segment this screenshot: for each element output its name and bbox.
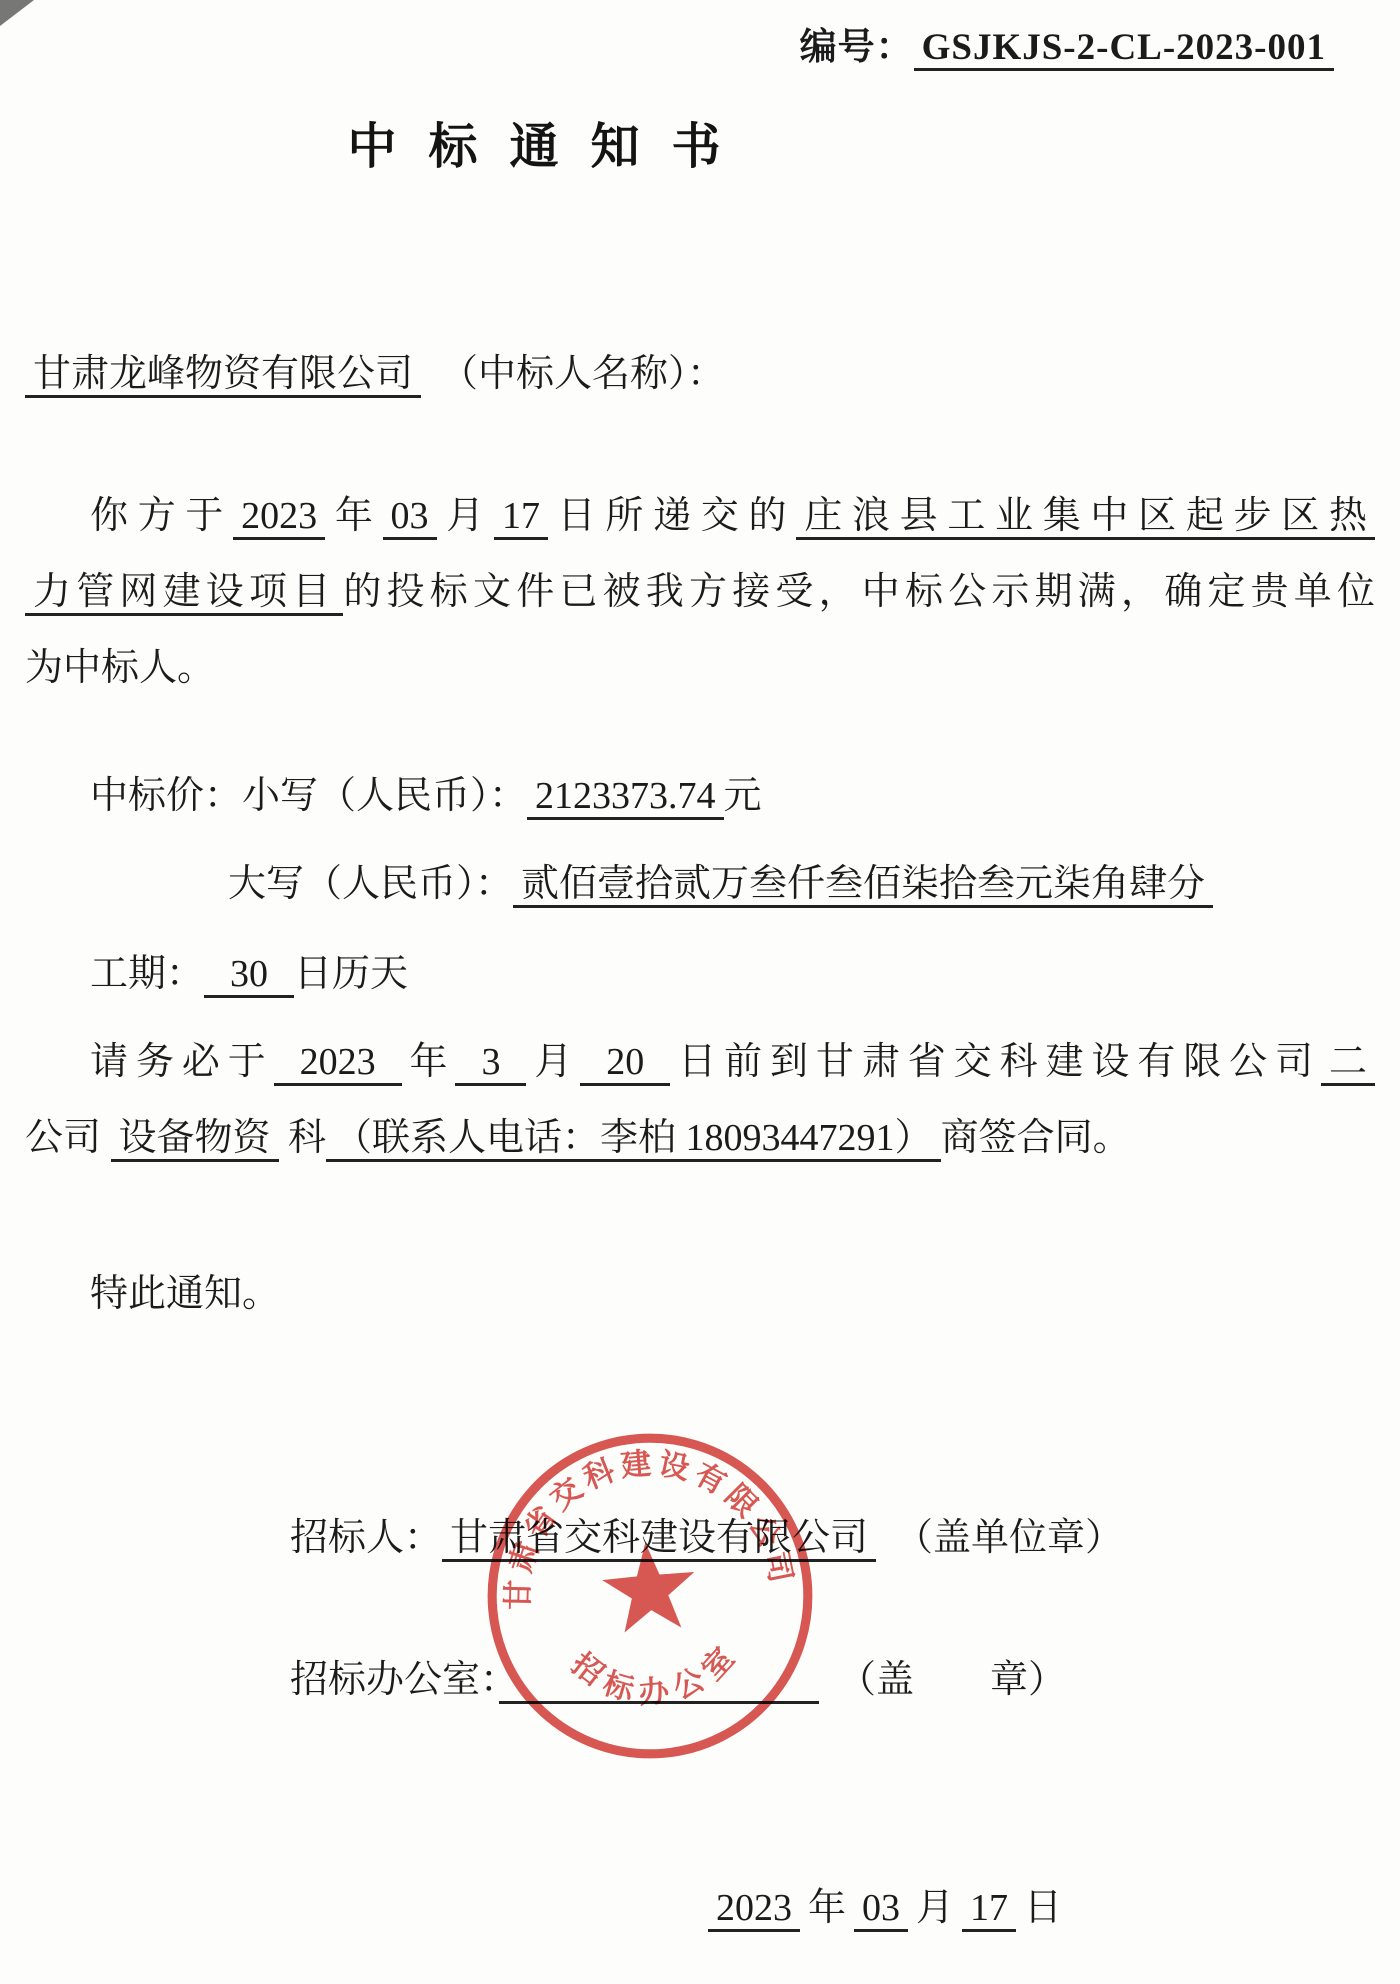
date-line: 2023年03月17日 <box>700 1876 1062 1931</box>
text-segment: 年 <box>325 495 382 537</box>
doc-number-label: 编号： <box>800 27 914 68</box>
filled-blank: 2123373.74 <box>527 775 724 820</box>
text-segment: 商签合同。 <box>941 1117 1131 1159</box>
filled-blank: 3 <box>455 1041 526 1086</box>
text-segment: （盖单位章） <box>876 1517 1123 1559</box>
text-segment: 请务必于 <box>90 1041 274 1083</box>
filled-blank: 二 <box>1321 1041 1375 1086</box>
stamp-office-text: 招标办公室 <box>563 1633 751 1717</box>
text-segment: 日前到甘肃省交科建设有限公司 <box>670 1041 1321 1083</box>
text-segment: 日历天 <box>294 953 408 995</box>
filled-blank: 贰佰壹拾贰万叁仟叁佰柒拾叁元柒角肆分 <box>513 863 1213 908</box>
text-segment: 元 <box>724 775 762 817</box>
text-segment: 特此通知。 <box>90 1273 280 1315</box>
text-segment: （盖 章） <box>819 1659 1066 1701</box>
filled-blank: 17 <box>962 1887 1016 1932</box>
official-stamp: 甘肃省交科建设有限公司 招标办公室 <box>464 1410 837 1783</box>
filled-blank: 20 <box>580 1041 670 1086</box>
filled-blank: 2023 <box>274 1041 402 1086</box>
filled-blank: 设备物资 <box>111 1117 279 1162</box>
text-segment: 月 <box>526 1041 580 1083</box>
text-segment: 工期： <box>90 953 204 995</box>
award-notice-document: 编号：GSJKJS-2-CL-2023-001 中标通知书 甘肃龙峰物资有限公司… <box>0 0 1400 1984</box>
doc-number-value: GSJKJS-2-CL-2023-001 <box>914 27 1334 71</box>
filled-blank: （联系人电话：李柏 18093447291） <box>326 1117 941 1162</box>
filled-blank: 17 <box>494 495 548 540</box>
filled-blank: 力管网建设项目 <box>25 571 343 616</box>
text-segment: 月 <box>916 1887 954 1929</box>
scan-corner-artifact <box>0 0 34 26</box>
recipient-line: 甘肃龙峰物资有限公司 （中标人名称）： <box>25 336 1375 412</box>
text-segment: 招标办公室： <box>290 1659 499 1701</box>
price-lowercase-line: 中标价：小写（人民币）：2123373.74元 <box>90 758 1400 834</box>
filled-blank: 2023 <box>233 495 325 540</box>
filled-blank: 甘肃龙峰物资有限公司 <box>25 353 421 398</box>
text-segment: 科 <box>279 1117 327 1159</box>
price-uppercase-line: 大写（人民币）：贰佰壹拾贰万叁仟叁佰柒拾叁元柒角肆分 <box>228 846 1400 922</box>
doc-number: 编号：GSJKJS-2-CL-2023-001 <box>800 16 1334 70</box>
text-segment: 大写（人民币）： <box>228 863 513 905</box>
filled-blank: 03 <box>854 1887 908 1932</box>
filled-blank: 03 <box>383 495 437 540</box>
filled-blank: 2023 <box>708 1887 800 1932</box>
filled-blank: 庄浪县工业集中区起步区热 <box>796 495 1375 540</box>
text-segment: 为中标人。 <box>25 647 215 689</box>
contract-paragraph-line1: 请务必于2023年3月20日前到甘肃省交科建设有限公司二 <box>25 1024 1375 1100</box>
contract-paragraph-line2: 公司 设备物资 科（联系人电话：李柏 18093447291）商签合同。 <box>25 1100 1375 1176</box>
text-segment: （中标人名称）： <box>421 353 725 395</box>
award-paragraph-line3: 为中标人。 <box>25 630 1375 706</box>
text-segment: 公司 <box>25 1117 111 1159</box>
filled-blank: 30 <box>204 953 294 998</box>
text-segment: 日 <box>1024 1887 1062 1929</box>
text-segment: 日所递交的 <box>548 495 796 537</box>
award-paragraph-line1: 你方于2023年03月17日所递交的庄浪县工业集中区起步区热 <box>25 478 1375 554</box>
closing-line: 特此通知。 <box>90 1256 1400 1332</box>
award-paragraph-line2: 力管网建设项目的投标文件已被我方接受，中标公示期满，确定贵单位 <box>25 554 1375 630</box>
text-segment: 你方于 <box>90 495 233 537</box>
text-segment: 年 <box>402 1041 456 1083</box>
page-title: 中标通知书 <box>0 108 1100 178</box>
text-segment: 年 <box>808 1887 846 1929</box>
star-icon <box>599 1539 699 1635</box>
text-segment: 中标价：小写（人民币）： <box>90 775 527 817</box>
text-segment: 月 <box>437 495 494 537</box>
text-segment: 招标人： <box>290 1517 442 1559</box>
duration-line: 工期：30日历天 <box>90 936 1400 1012</box>
text-segment: 的投标文件已被我方接受，中标公示期满，确定贵单位 <box>343 571 1375 613</box>
